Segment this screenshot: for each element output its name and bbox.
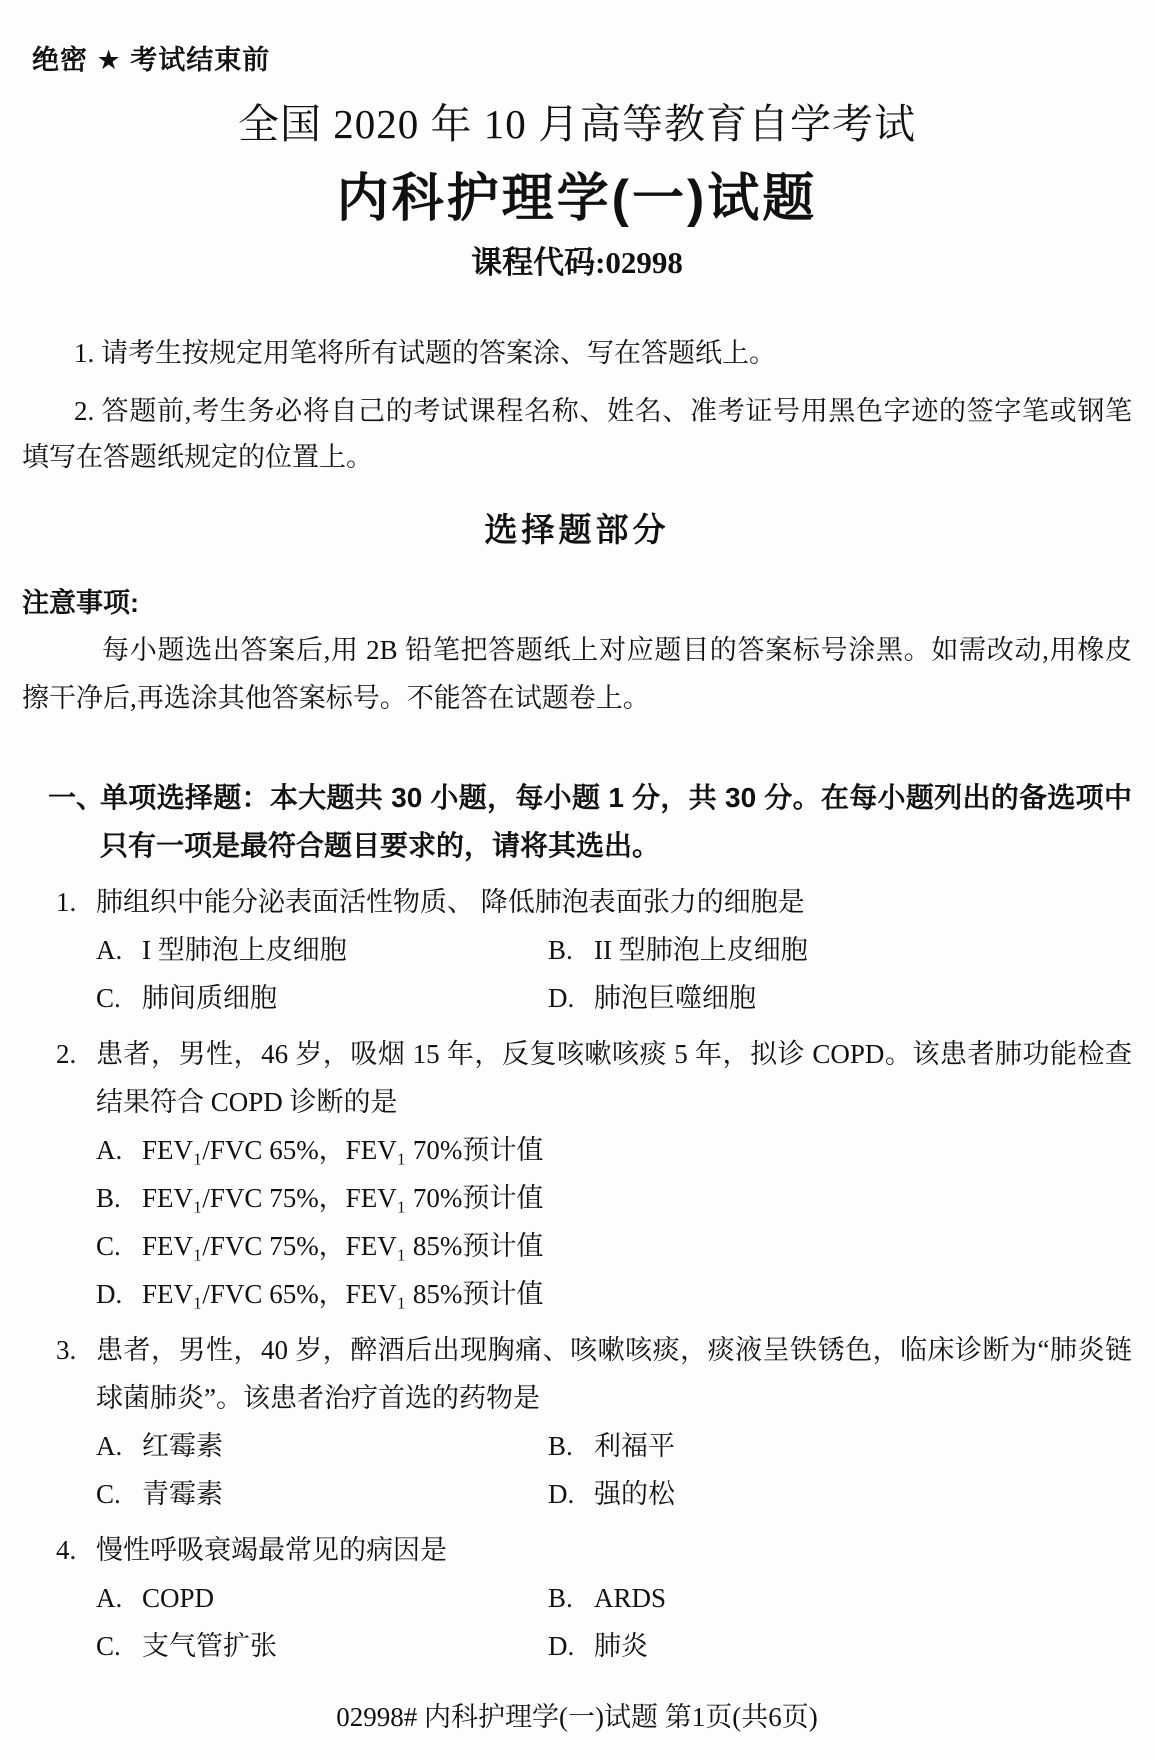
part-one-heading: 一、 单项选择题：本大题共 30 小题，每小题 1 分，共 30 分。在每小题列… [48,774,1132,870]
option-b: B. ARDS [548,1574,1132,1622]
option-text: 强的松 [594,1470,675,1518]
notes-label: 注意事项: [22,581,1132,620]
question-stem: 慢性呼吸衰竭最常见的病因是 [96,1526,1132,1574]
question-stem: 患者，男性，40 岁，醉酒后出现胸痛、咳嗽咳痰，痰液呈铁锈色，临床诊断为“肺炎链… [96,1326,1132,1422]
option-a: A. FEV₁/FVC 65%，FEV₁ 70%预计值 [96,1126,1132,1174]
option-label: D. [548,1622,594,1670]
question-stem: 肺组织中能分泌表面活性物质、 降低肺泡表面张力的细胞是 [96,878,1132,926]
option-label: A. [96,1422,142,1470]
option-label: C. [96,1222,142,1270]
option-label: A. [96,1574,142,1622]
question-number: 1. [56,878,96,926]
instruction-item: 2. 答题前,考生务必将自己的考试课程名称、姓名、准考证号用黑色字迹的签字笔或钢… [22,388,1132,480]
option-text: COPD [142,1574,214,1622]
question-3: 3. 患者，男性，40 岁，醉酒后出现胸痛、咳嗽咳痰，痰液呈铁锈色，临床诊断为“… [56,1326,1132,1518]
option-text: 肺泡巨噬细胞 [594,974,756,1022]
option-text: 肺炎 [594,1622,648,1670]
question-stem-line: 3. 患者，男性，40 岁，醉酒后出现胸痛、咳嗽咳痰，痰液呈铁锈色，临床诊断为“… [56,1326,1132,1422]
option-label: B. [548,1574,594,1622]
option-text: FEV₁/FVC 75%，FEV₁ 85%预计值 [142,1222,543,1270]
option-a: A. I 型肺泡上皮细胞 [96,926,548,974]
question-stem-line: 4. 慢性呼吸衰竭最常见的病因是 [56,1526,1132,1574]
option-label: D. [548,1470,594,1518]
option-b: B. 利福平 [548,1422,1132,1470]
option-label: A. [96,1126,142,1174]
option-label: B. [548,1422,594,1470]
option-text: 利福平 [594,1422,675,1470]
question-list: 1. 肺组织中能分泌表面活性物质、 降低肺泡表面张力的细胞是 A. I 型肺泡上… [56,878,1132,1670]
options-grid: A. I 型肺泡上皮细胞 B. II 型肺泡上皮细胞 C. 肺间质细胞 D. 肺… [96,926,1132,1022]
course-code: 课程代码:02998 [22,237,1132,282]
option-text: II 型肺泡上皮细胞 [594,926,808,974]
option-c: C. 肺间质细胞 [96,974,548,1022]
option-label: C. [96,1622,142,1670]
question-2: 2. 患者，男性，46 岁，吸烟 15 年，反复咳嗽咳痰 5 年，拟诊 COPD… [56,1030,1132,1318]
option-text: 青霉素 [142,1470,223,1518]
question-number: 4. [56,1526,96,1574]
option-text: I 型肺泡上皮细胞 [142,926,347,974]
option-label: C. [96,974,142,1022]
exam-title: 全国 2020 年 10 月高等教育自学考试 [22,91,1132,150]
option-text: FEV₁/FVC 65%，FEV₁ 70%预计值 [142,1126,543,1174]
part-one-text: 单项选择题：本大题共 30 小题，每小题 1 分，共 30 分。在每小题列出的备… [100,774,1132,870]
options-grid: A. FEV₁/FVC 65%，FEV₁ 70%预计值 B. FEV₁/FVC … [96,1126,1132,1318]
question-1: 1. 肺组织中能分泌表面活性物质、 降低肺泡表面张力的细胞是 A. I 型肺泡上… [56,878,1132,1022]
option-label: B. [548,926,594,974]
option-text: FEV₁/FVC 65%，FEV₁ 85%预计值 [142,1270,543,1318]
option-d: D. 强的松 [548,1470,1132,1518]
option-label: C. [96,1470,142,1518]
options-grid: A. 红霉素 B. 利福平 C. 青霉素 D. 强的松 [96,1422,1132,1518]
exam-paper-page: 绝密 ★ 考试结束前 全国 2020 年 10 月高等教育自学考试 内科护理学(… [0,0,1154,1760]
question-stem-line: 2. 患者，男性，46 岁，吸烟 15 年，反复咳嗽咳痰 5 年，拟诊 COPD… [56,1030,1132,1126]
question-number: 2. [56,1030,96,1126]
question-stem: 患者，男性，46 岁，吸烟 15 年，反复咳嗽咳痰 5 年，拟诊 COPD。该患… [96,1030,1132,1126]
option-c: C. FEV₁/FVC 75%，FEV₁ 85%预计值 [96,1222,1132,1270]
option-d: D. 肺炎 [548,1622,1132,1670]
instruction-item: 1. 请考生按规定用笔将所有试题的答案涂、写在答题纸上。 [22,330,1132,376]
question-stem-line: 1. 肺组织中能分泌表面活性物质、 降低肺泡表面张力的细胞是 [56,878,1132,926]
notes-body: 每小题选出答案后,用 2B 铅笔把答题纸上对应题目的答案标号涂黑。如需改动,用橡… [22,626,1132,722]
option-label: B. [96,1174,142,1222]
part-one-number: 一、 [48,774,100,870]
general-instructions: 1. 请考生按规定用笔将所有试题的答案涂、写在答题纸上。 2. 答题前,考生务必… [22,330,1132,480]
option-text: 肺间质细胞 [142,974,277,1022]
option-text: FEV₁/FVC 75%，FEV₁ 70%预计值 [142,1174,543,1222]
option-a: A. COPD [96,1574,548,1622]
option-c: C. 支气管扩张 [96,1622,548,1670]
subject-title: 内科护理学(一)试题 [22,156,1132,231]
option-label: D. [96,1270,142,1318]
option-d: D. FEV₁/FVC 65%，FEV₁ 85%预计值 [96,1270,1132,1318]
option-text: ARDS [594,1574,666,1622]
options-grid: A. COPD B. ARDS C. 支气管扩张 D. 肺炎 [96,1574,1132,1670]
option-a: A. 红霉素 [96,1422,548,1470]
option-label: A. [96,926,142,974]
option-label: D. [548,974,594,1022]
option-b: B. FEV₁/FVC 75%，FEV₁ 70%预计值 [96,1174,1132,1222]
option-text: 支气管扩张 [142,1622,277,1670]
security-classification: 绝密 ★ 考试结束前 [32,38,1132,77]
question-4: 4. 慢性呼吸衰竭最常见的病因是 A. COPD B. ARDS C. 支气管扩… [56,1526,1132,1670]
page-footer: 02998# 内科护理学(一)试题 第1页(共6页) [0,1695,1154,1734]
option-b: B. II 型肺泡上皮细胞 [548,926,1132,974]
question-number: 3. [56,1326,96,1422]
option-text: 红霉素 [142,1422,223,1470]
section-title: 选择题部分 [22,504,1132,551]
option-d: D. 肺泡巨噬细胞 [548,974,1132,1022]
option-c: C. 青霉素 [96,1470,548,1518]
